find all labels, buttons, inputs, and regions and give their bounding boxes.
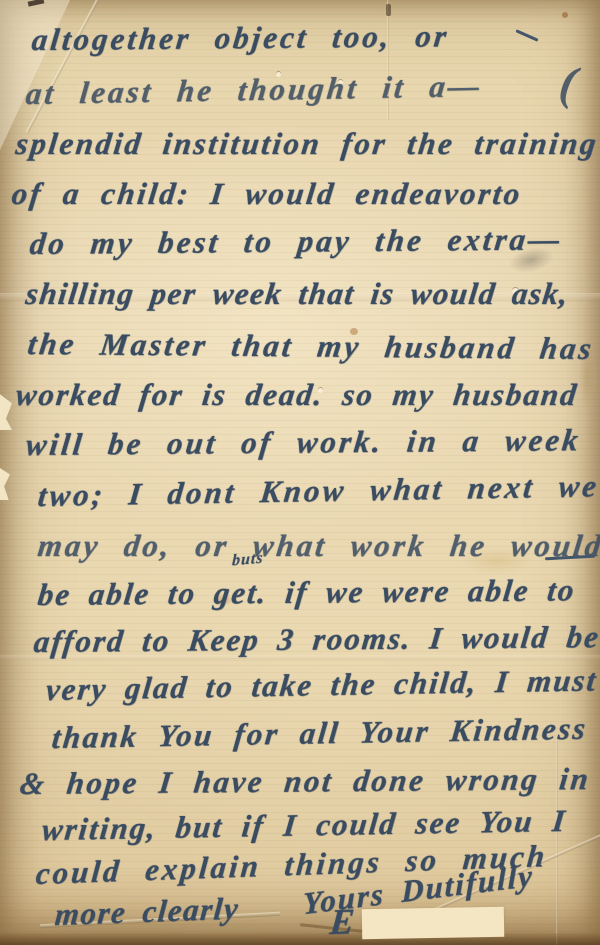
paper-crease bbox=[26, 0, 108, 133]
letter-line: & hope I have not done wrong in bbox=[18, 761, 592, 802]
letter-line: at least he thought it a— bbox=[24, 68, 484, 112]
letter-line: shilling per week that is would ask, bbox=[24, 276, 571, 312]
letter-line: be able to get. if we were able to bbox=[36, 572, 578, 613]
letter-line: of a child: I would endeavorto bbox=[10, 176, 524, 212]
rust-spot-stain bbox=[562, 12, 568, 18]
letter-line: altogether object too, or bbox=[30, 18, 451, 58]
paper-crease bbox=[28, 0, 45, 7]
letter-line: the Master that my husband has bbox=[26, 326, 597, 367]
letter-line: thank You for all Your Kindness bbox=[50, 711, 589, 756]
stray-pen-dash bbox=[515, 29, 538, 42]
letter-line: two; I dont Know what next we bbox=[36, 468, 600, 514]
letter-line: splendid institution for the training bbox=[14, 126, 600, 162]
signature-initial: E bbox=[328, 900, 357, 943]
letter-line: will be out of work. in a week or bbox=[24, 422, 600, 463]
signature-redaction-box bbox=[362, 907, 505, 939]
stray-pen-mark: ( bbox=[556, 55, 580, 112]
letter-line: may do, or what work he would bbox=[36, 528, 600, 564]
paper-tear bbox=[0, 392, 12, 430]
letter-line: afford to Keep 3 rooms. I would be bbox=[32, 619, 600, 660]
letter-line: worked for is dead. so my husband bbox=[14, 377, 580, 413]
closing-phrase: more clearly bbox=[53, 891, 240, 934]
paper-crease bbox=[0, 933, 600, 945]
letter-line: very glad to take the child, I must bbox=[44, 662, 599, 708]
letter-line: do my best to pay the extra— bbox=[28, 221, 564, 262]
paper-crease bbox=[386, 4, 391, 16]
letter-page: altogether object too, or at least he th… bbox=[0, 0, 600, 945]
interline-insertion: buts bbox=[232, 550, 264, 571]
paper-tear bbox=[0, 466, 10, 500]
